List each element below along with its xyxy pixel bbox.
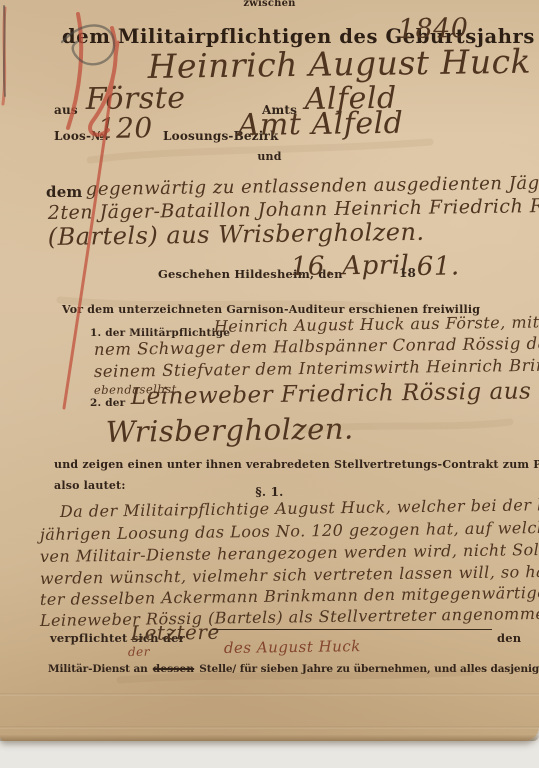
final-line-post-printed: Stelle/ für sieben Jahre zu übernehmen, … — [199, 663, 539, 675]
document-paper: zwischen dem Militairpflichtigen des Geb… — [0, 0, 539, 741]
party1-name-handwritten: Heinrich August Huck — [147, 42, 531, 86]
century-printed: 18 — [399, 266, 416, 280]
paper-bottom-edge — [0, 735, 539, 741]
heading-year-handwritten: 1840 — [398, 13, 469, 45]
item1-handwritten-line: Heinrich August Huck aus Förste, mit sei… — [214, 312, 539, 336]
fold-crease — [0, 726, 539, 729]
preamble-word: zwischen — [0, 0, 539, 9]
obligation-den-printed: den — [497, 631, 521, 645]
conjunction-word: und — [0, 150, 539, 163]
item2-handwritten-line: Wrisbergholzen. — [106, 412, 354, 449]
bezirk-value-handwritten: Amt Alfeld — [238, 106, 404, 143]
party2-lead-printed: dem — [46, 183, 83, 201]
struck-word-dessen: dessen — [153, 663, 194, 675]
contract-handwritten-line: ven Militair-Dienste herangezogen werden… — [40, 539, 539, 566]
fold-crease — [0, 693, 539, 696]
item2-printed: 2. der — [90, 397, 125, 409]
contract-handwritten-line: jährigen Loosung das Loos No. 120 gezoge… — [40, 516, 539, 544]
aus-label: aus — [54, 103, 78, 117]
party2-handwritten-line: (Bartels) aus Wrisbergholzen. — [48, 218, 425, 251]
item1-printed: 1. der Militärpflichtige — [90, 327, 230, 339]
scanned-document: { "doc": { "preamble": "zwischen", "head… — [0, 0, 539, 768]
insertion-name-handwritten: des August Huck — [224, 637, 361, 657]
final-line-pre-printed: Militär-Dienst an — [48, 663, 148, 675]
year-handwritten: 61. — [417, 251, 460, 282]
fill-in-rule — [212, 629, 492, 630]
date-handwritten: 16. April — [291, 250, 410, 282]
loos-number-value-handwritten: 120 — [98, 111, 153, 145]
item1-handwritten-line: seinem Stiefvater dem Interimswirth Hein… — [94, 355, 539, 381]
item2-handwritten-line: Leineweber Friedrich Rössig aus — [131, 378, 532, 410]
obligation-subject-handwritten: Letztere — [131, 620, 220, 645]
protocol-line1-printed: und zeigen einen unter ihnen verabredete… — [54, 458, 539, 471]
